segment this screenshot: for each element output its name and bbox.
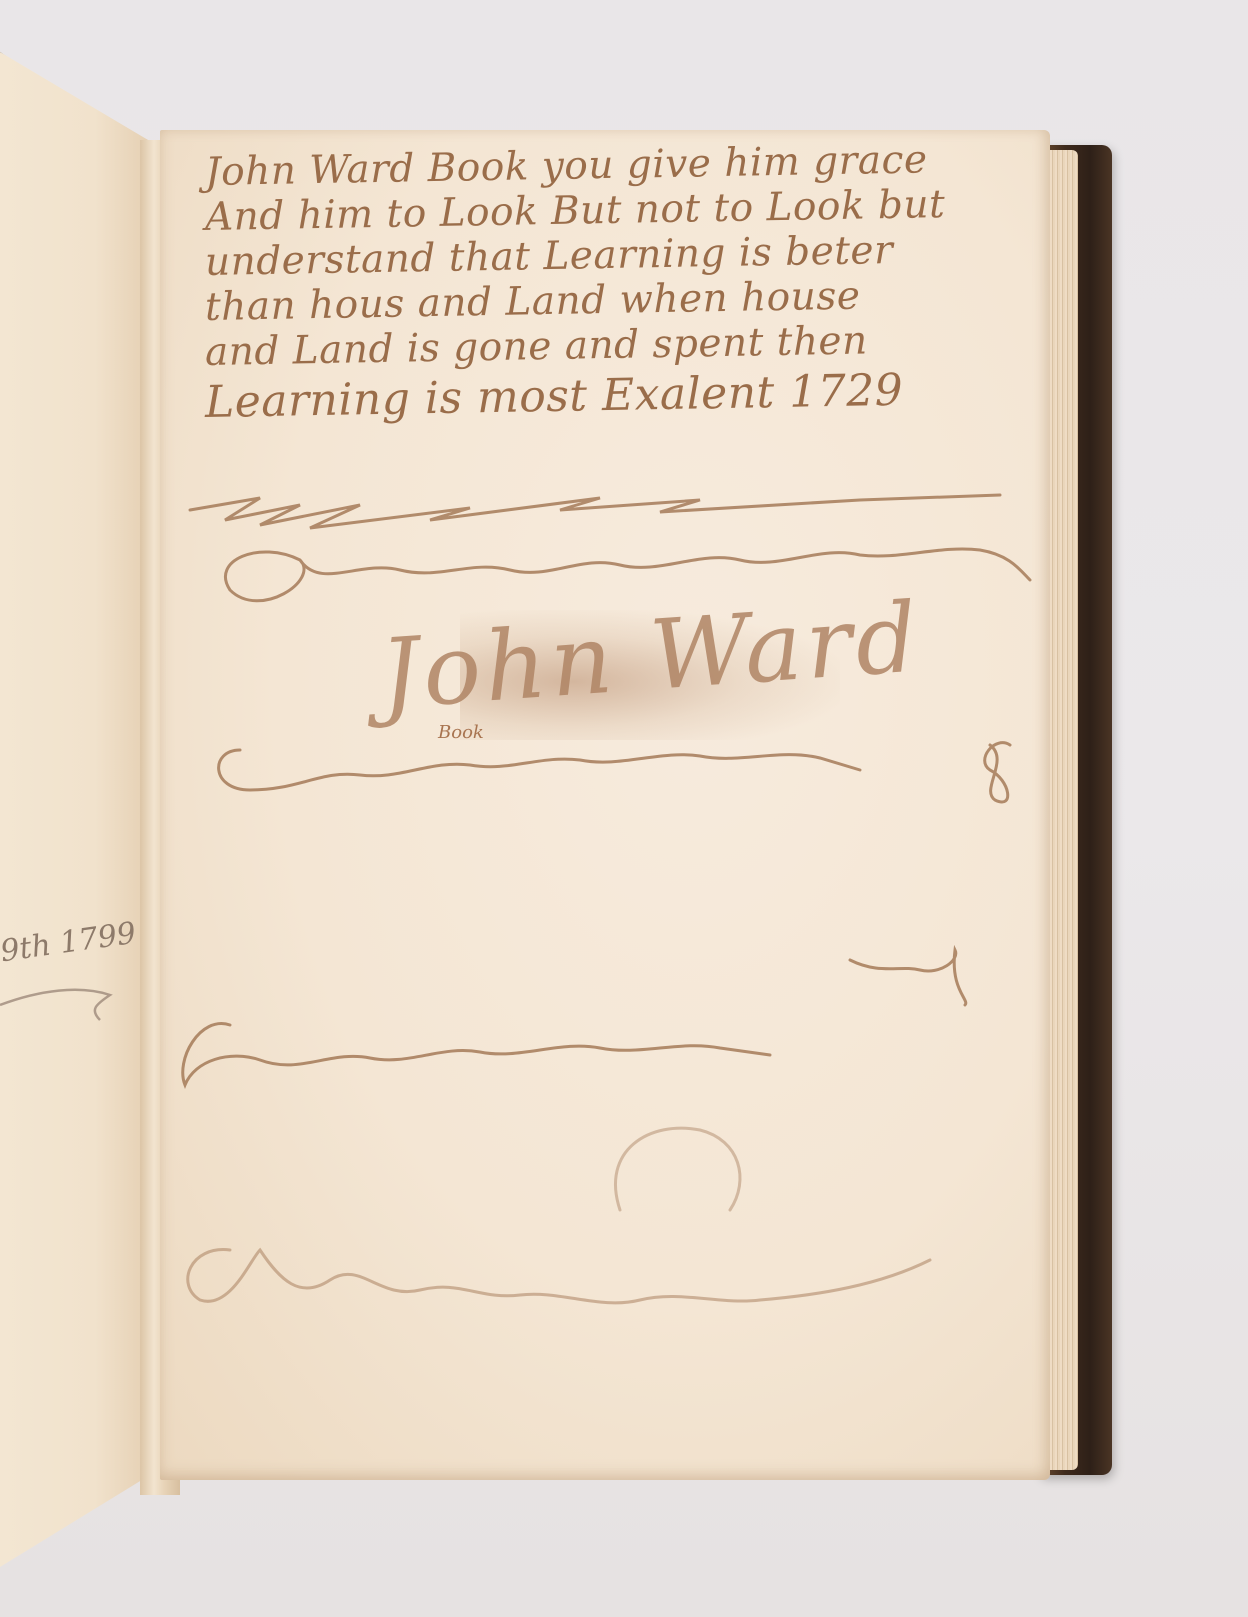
signature-sublabel: Book <box>438 722 484 743</box>
left-pastedown-page <box>0 52 158 1567</box>
book-photo: 9th 1799 John Ward Book you give him gra… <box>0 0 1248 1617</box>
page-block-edges <box>1050 150 1078 1470</box>
handwritten-inscription: John Ward Book you give him grace And hi… <box>205 150 1035 431</box>
